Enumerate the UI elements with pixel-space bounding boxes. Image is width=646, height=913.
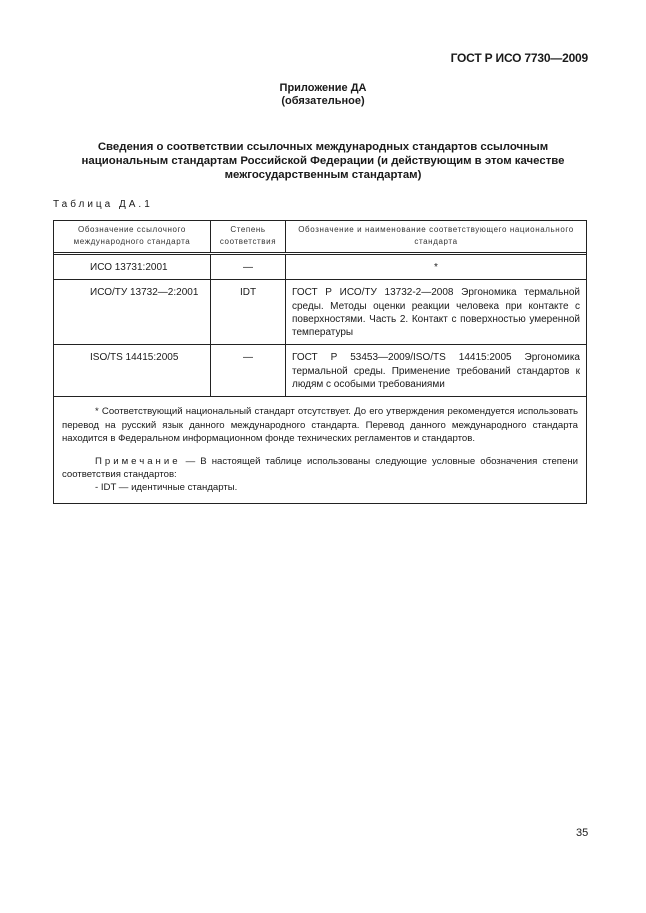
degree-cell: — (211, 345, 286, 397)
national-standard-cell: ГОСТ Р 53453—2009/ISO/TS 14415:2005 Эрго… (286, 345, 587, 397)
section-title: Сведения о соответствии ссылочных междун… (70, 140, 576, 182)
note-list-item: - IDT — идентичные стандарты. (62, 481, 578, 494)
annex-title: Приложение ДА (0, 82, 646, 95)
table-notes: * Соответствующий национальный стандарт … (54, 397, 586, 502)
correspondence-table: Обозначение ссылочного международного ст… (53, 220, 587, 504)
column-header-intl-standard: Обозначение ссылочного международного ст… (54, 221, 211, 254)
note-label: Примечание (95, 456, 181, 467)
column-header-national-standard: Обозначение и наименование соответствующ… (286, 221, 587, 254)
national-standard-cell: ГОСТ Р ИСО/ТУ 13732-2—2008 Эргономика те… (286, 280, 587, 345)
degree-cell: — (211, 254, 286, 280)
table-caption: Таблица ДА.1 (53, 199, 153, 210)
table-row: ISO/TS 14415:2005 — ГОСТ Р 53453—2009/IS… (54, 345, 586, 397)
annex-heading: Приложение ДА (обязательное) (0, 82, 646, 108)
table-row: ИСО 13731:2001 — * (54, 254, 586, 280)
national-standard-cell: * (286, 254, 587, 280)
document-code-header: ГОСТ Р ИСО 7730—2009 (451, 51, 588, 65)
table-header-row: Обозначение ссылочного международного ст… (54, 221, 586, 254)
degree-cell: IDT (211, 280, 286, 345)
annex-status: (обязательное) (0, 95, 646, 108)
intl-standard-cell: ИСО 13731:2001 (54, 254, 211, 280)
table-row: ИСО/ТУ 13732—2:2001 IDT ГОСТ Р ИСО/ТУ 13… (54, 280, 586, 345)
page-number: 35 (576, 827, 588, 839)
intl-standard-cell: ИСО/ТУ 13732—2:2001 (54, 280, 211, 345)
column-header-degree: Степень соответствия (211, 221, 286, 254)
intl-standard-cell: ISO/TS 14415:2005 (54, 345, 211, 397)
table-note: Примечание — В настоящей таблице использ… (62, 455, 578, 482)
table-footnote: * Соответствующий национальный стандарт … (62, 405, 578, 445)
